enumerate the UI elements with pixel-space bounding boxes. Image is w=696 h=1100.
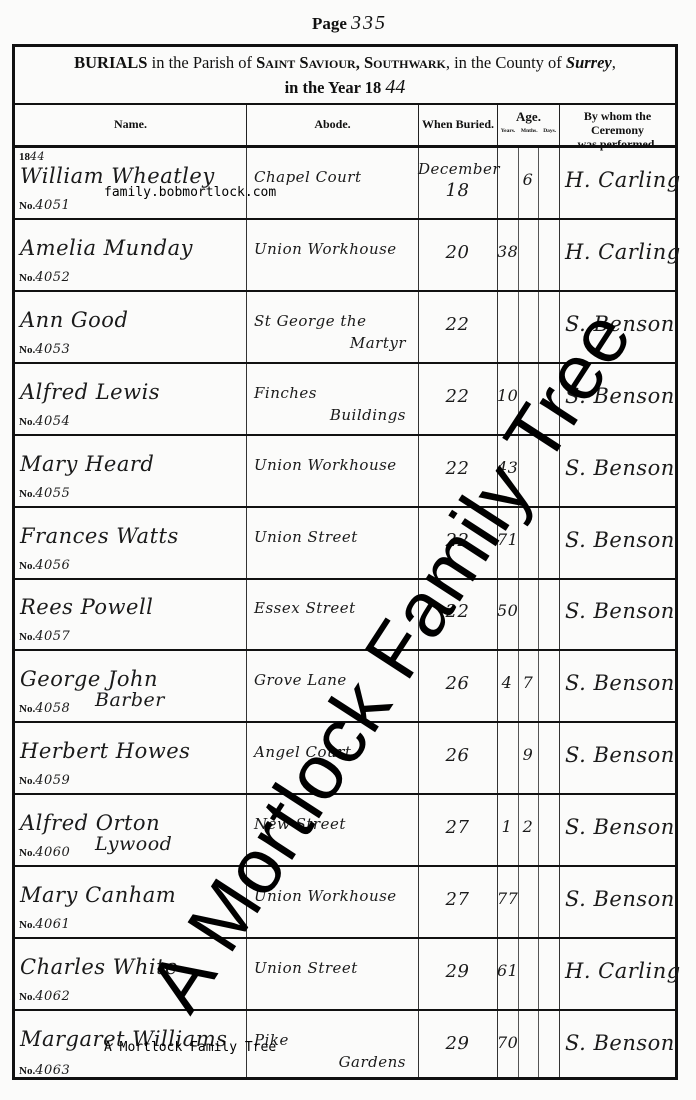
burial-date: 29	[446, 961, 470, 982]
register-number-value: 4056	[35, 558, 70, 573]
burial-date: 22	[446, 530, 470, 551]
entry-register-number: No.4059	[19, 773, 70, 788]
register-number-value: 4054	[35, 414, 70, 429]
register-number-label: No.	[19, 775, 35, 787]
entry-abode-cell: Union Street	[246, 508, 418, 578]
title-year-label: in the Year 18	[285, 78, 382, 97]
entry-age-cell: 10	[497, 364, 559, 434]
entry-age-years: 50	[497, 601, 517, 620]
entry-age-cell: 38	[497, 220, 559, 290]
burial-date: 20	[446, 242, 470, 263]
entry-age-cell: 6	[497, 148, 559, 218]
entry-name-cell: Amelia MundayNo.4052	[15, 220, 246, 290]
entry-age-years: 4	[497, 673, 517, 692]
entry-name: Mary Canham	[20, 883, 176, 907]
entry-age-cell: 61	[497, 939, 559, 1009]
entry-ceremony-cell: H. Carling	[559, 220, 675, 290]
burial-date: 29	[446, 1033, 470, 1054]
entry-when-buried-cell: 27	[418, 795, 497, 865]
entry-officiant: S. Benson	[565, 743, 675, 767]
register-number-label: No.	[19, 560, 35, 572]
entry-when-buried-cell: 29	[418, 939, 497, 1009]
entry-ceremony-cell: S. Benson	[559, 436, 675, 506]
entry-when-buried-cell: 29	[418, 1011, 497, 1083]
entry-when-buried-cell: 20	[418, 220, 497, 290]
entry-name-cont: Lywood	[95, 833, 172, 855]
entry-register-number: No.4056	[19, 558, 70, 573]
entry-age-months: 6	[518, 170, 538, 189]
header-age-days: Days.	[543, 128, 556, 134]
register-entry-row: Amelia MundayNo.4052Union Workhouse2038H…	[15, 220, 675, 292]
header-age-years: Years.	[501, 128, 516, 134]
entry-abode-cell: Angel Court	[246, 723, 418, 793]
entry-age-cell: 9	[497, 723, 559, 793]
entry-officiant: S. Benson	[565, 887, 675, 911]
entry-abode-cell: St George theMartyr	[246, 292, 418, 362]
title-parish: Saint Saviour, Southwark	[256, 53, 446, 72]
entry-register-number: No.4051	[19, 198, 70, 213]
entry-when-buried: 26	[418, 673, 497, 694]
entry-abode: Angel Court	[254, 743, 351, 761]
entry-age-years: 1	[497, 817, 517, 836]
burial-date: December	[418, 160, 500, 178]
register-number-label: No.	[19, 488, 35, 500]
register-entries: 1844William WheatleyNo.4051Chapel CourtD…	[15, 148, 675, 1077]
entry-age-months: 7	[518, 673, 538, 692]
register-number-value: 4063	[35, 1063, 70, 1078]
register-number-label: No.	[19, 631, 35, 643]
entry-when-buried: December18	[418, 158, 497, 202]
register-entry-row: 1844William WheatleyNo.4051Chapel CourtD…	[15, 148, 675, 220]
entry-when-buried-cell: 22	[418, 364, 497, 434]
entry-name: Rees Powell	[20, 595, 153, 619]
entry-age-cell: 47	[497, 651, 559, 721]
entry-abode: Chapel Court	[254, 168, 362, 186]
header-name: Name.	[15, 105, 246, 145]
header-ceremony-line1: By whom the Ceremony	[560, 109, 675, 137]
entry-abode: Finches	[254, 384, 317, 402]
entry-name: Charles White	[20, 955, 178, 979]
entry-register-number: No.4055	[19, 486, 70, 501]
register-number-value: 4058	[35, 701, 70, 716]
entry-name: Mary Heard	[20, 452, 154, 476]
register-number-value: 4053	[35, 342, 70, 357]
entry-ceremony-cell: H. Carling	[559, 939, 675, 1009]
page-number: Page335	[312, 12, 387, 35]
title-county: Surrey	[566, 53, 612, 72]
register-number-label: No.	[19, 1065, 35, 1077]
entry-name: Alfred Orton	[20, 811, 160, 835]
entry-when-buried-cell: 22	[418, 292, 497, 362]
register-number-label: No.	[19, 344, 35, 356]
register-entry-row: Rees PowellNo.4057Essex Street2250S. Ben…	[15, 579, 675, 651]
entry-when-buried-cell: December18	[418, 148, 497, 218]
entry-abode: St George the	[254, 312, 366, 330]
entry-register-number: No.4062	[19, 989, 70, 1004]
burial-date: 27	[446, 889, 470, 910]
entry-abode-cell: Union Workhouse	[246, 867, 418, 937]
entry-age-years: 71	[497, 530, 517, 549]
register-number-label: No.	[19, 991, 35, 1003]
register-entry-row: Herbert HowesNo.4059Angel Court269S. Ben…	[15, 723, 675, 795]
entry-when-buried: 22	[418, 386, 497, 407]
entry-name: Ann Good	[20, 308, 128, 332]
entry-abode-cont: Martyr	[350, 334, 406, 352]
entry-abode: Essex Street	[254, 599, 356, 617]
entry-when-buried: 29	[418, 1033, 497, 1054]
entry-age-years: 77	[497, 889, 517, 908]
entry-age-cell: 70	[497, 1011, 559, 1083]
entry-officiant: H. Carling	[565, 168, 681, 192]
entry-name: Amelia Munday	[20, 236, 193, 260]
entry-age-years: 43	[497, 458, 517, 477]
entry-abode-cont: Gardens	[339, 1053, 406, 1071]
entry-officiant: H. Carling	[565, 240, 681, 264]
header-age: Age. Years. Mnths. Days.	[497, 105, 559, 145]
register-number-value: 4061	[35, 917, 70, 932]
burial-date: 26	[446, 745, 470, 766]
header-abode: Abode.	[246, 105, 418, 145]
entry-abode: Union Workhouse	[254, 456, 397, 474]
entry-officiant: S. Benson	[565, 528, 675, 552]
register-number-label: No.	[19, 416, 35, 428]
entry-officiant: S. Benson	[565, 599, 675, 623]
page-label: Page	[312, 14, 347, 33]
entry-age-cell: 50	[497, 579, 559, 649]
entry-officiant: S. Benson	[565, 312, 675, 336]
header-ceremony: By whom the Ceremony was performed.	[559, 105, 675, 145]
entry-name-cell: Rees PowellNo.4057	[15, 579, 246, 649]
entry-age-cell: 77	[497, 867, 559, 937]
entry-register-number: No.4053	[19, 342, 70, 357]
entry-name-cell: George JohnBarberNo.4058	[15, 651, 246, 721]
register-entry-row: Charles WhiteNo.4062Union Street2961H. C…	[15, 939, 675, 1011]
entry-age-cell: 12	[497, 795, 559, 865]
entry-abode-cell: Chapel Court	[246, 148, 418, 218]
register-entry-row: Alfred LewisNo.4054FinchesBuildings2210S…	[15, 364, 675, 436]
entry-abode-cell: FinchesBuildings	[246, 364, 418, 434]
entry-when-buried: 27	[418, 817, 497, 838]
entry-name-cell: William WheatleyNo.4051	[15, 148, 246, 218]
entry-name-cell: Mary CanhamNo.4061	[15, 867, 246, 937]
entry-abode-cell: Grove Lane	[246, 651, 418, 721]
entry-name-cell: Ann GoodNo.4053	[15, 292, 246, 362]
entry-name-cell: Herbert HowesNo.4059	[15, 723, 246, 793]
title-burials: BURIALS	[74, 53, 147, 72]
entry-abode-cell: Union Street	[246, 939, 418, 1009]
entry-ceremony-cell: S. Benson	[559, 508, 675, 578]
entry-age-months: 2	[518, 817, 538, 836]
header-age-label: Age.	[498, 109, 559, 125]
entry-age-years: 61	[497, 961, 517, 980]
entry-ceremony-cell: S. Benson	[559, 651, 675, 721]
entry-register-number: No.4054	[19, 414, 70, 429]
entry-ceremony-cell: S. Benson	[559, 723, 675, 793]
entry-register-number: No.4057	[19, 629, 70, 644]
register-number-value: 4052	[35, 270, 70, 285]
burial-date: 22	[446, 601, 470, 622]
entry-register-number: No.4063	[19, 1063, 70, 1078]
entry-name-cell: Charles WhiteNo.4062	[15, 939, 246, 1009]
title-text: , in the County of	[446, 53, 566, 72]
entry-ceremony-cell: S. Benson	[559, 795, 675, 865]
register-entry-row: Ann GoodNo.4053St George theMartyr22S. B…	[15, 292, 675, 364]
entry-name-cell: Mary HeardNo.4055	[15, 436, 246, 506]
entry-when-buried: 20	[418, 242, 497, 263]
burial-date: 22	[446, 386, 470, 407]
entry-abode: Union Workhouse	[254, 887, 397, 905]
entry-when-buried: 26	[418, 745, 497, 766]
entry-name: George John	[20, 667, 158, 691]
page-number-handwritten: 335	[351, 12, 387, 34]
header-age-subcolumns: Years. Mnths. Days.	[498, 128, 559, 134]
register-number-label: No.	[19, 272, 35, 284]
register-number-value: 4062	[35, 989, 70, 1004]
entry-register-number: No.4058	[19, 701, 70, 716]
title-year-handwritten: 44	[385, 76, 405, 98]
register-entry-row: George JohnBarberNo.4058Grove Lane2647S.…	[15, 651, 675, 723]
entry-ceremony-cell: H. Carling	[559, 148, 675, 218]
register-entry-row: Frances WattsNo.4056Union Street2271S. B…	[15, 508, 675, 580]
burial-date: 22	[446, 314, 470, 335]
entry-name-cell: Alfred OrtonLywoodNo.4060	[15, 795, 246, 865]
entry-register-number: No.4061	[19, 917, 70, 932]
entry-abode: Union Street	[254, 959, 358, 977]
entry-age-years: 70	[497, 1033, 517, 1052]
header-age-months: Mnths.	[521, 128, 538, 134]
entry-ceremony-cell: S. Benson	[559, 867, 675, 937]
entry-officiant: H. Carling	[565, 959, 681, 983]
entry-when-buried-cell: 26	[418, 723, 497, 793]
entry-age-months: 9	[518, 745, 538, 764]
footer-watermark: A Mortlock Family Tree	[104, 1040, 276, 1055]
title-text: ,	[612, 53, 616, 72]
entry-register-number: No.4060	[19, 845, 70, 860]
entry-abode-cell: New Street	[246, 795, 418, 865]
entry-name-cell: Frances WattsNo.4056	[15, 508, 246, 578]
entry-when-buried-cell: 27	[418, 867, 497, 937]
entry-when-buried: 22	[418, 314, 497, 335]
register-number-value: 4059	[35, 773, 70, 788]
register-number-label: No.	[19, 847, 35, 859]
entry-officiant: S. Benson	[565, 384, 675, 408]
entry-when-buried-cell: 22	[418, 508, 497, 578]
entry-abode: New Street	[254, 815, 346, 833]
entry-when-buried: 22	[418, 530, 497, 551]
entry-ceremony-cell: S. Benson	[559, 364, 675, 434]
entry-name: Alfred Lewis	[20, 380, 160, 404]
register-number-label: No.	[19, 703, 35, 715]
entry-when-buried-cell: 26	[418, 651, 497, 721]
register-number-value: 4055	[35, 486, 70, 501]
entry-when-buried: 22	[418, 601, 497, 622]
burial-date: 26	[446, 673, 470, 694]
entry-abode-cont: Buildings	[330, 406, 406, 424]
entry-name-cell: Alfred LewisNo.4054	[15, 364, 246, 434]
entry-officiant: S. Benson	[565, 456, 675, 480]
entry-when-buried-cell: 22	[418, 579, 497, 649]
register-number-value: 4057	[35, 629, 70, 644]
title-text: in the Parish of	[147, 53, 256, 72]
register-entry-row: Mary HeardNo.4055Union Workhouse2243S. B…	[15, 436, 675, 508]
register-number-label: No.	[19, 919, 35, 931]
register-number-value: 4051	[35, 198, 70, 213]
entry-ceremony-cell: S. Benson	[559, 1011, 675, 1083]
entry-name: Frances Watts	[20, 524, 179, 548]
header-when-buried: When Buried.	[418, 105, 497, 145]
entry-abode-cell: Union Workhouse	[246, 220, 418, 290]
entry-when-buried: 29	[418, 961, 497, 982]
entry-age-cell: 71	[497, 508, 559, 578]
entry-abode: Union Street	[254, 528, 358, 546]
entry-abode: Union Workhouse	[254, 240, 397, 258]
entry-name: Herbert Howes	[20, 739, 190, 763]
entry-when-buried: 22	[418, 458, 497, 479]
column-headers: Name. Abode. When Buried. Age. Years. Mn…	[15, 105, 675, 148]
register-number-value: 4060	[35, 845, 70, 860]
entry-abode-cell: Essex Street	[246, 579, 418, 649]
register-entry-row: Alfred OrtonLywoodNo.4060New Street2712S…	[15, 795, 675, 867]
entry-age-cell: 43	[497, 436, 559, 506]
register-entry-row: Mary CanhamNo.4061Union Workhouse2777S. …	[15, 867, 675, 939]
entry-officiant: S. Benson	[565, 1031, 675, 1055]
entry-ceremony-cell: S. Benson	[559, 579, 675, 649]
site-watermark: family.bobmortlock.com	[104, 185, 276, 200]
burial-day: 18	[446, 180, 470, 201]
entry-name-cont: Barber	[95, 689, 165, 711]
entry-age-cell	[497, 292, 559, 362]
entry-register-number: No.4052	[19, 270, 70, 285]
burial-date: 27	[446, 817, 470, 838]
entry-abode: Grove Lane	[254, 671, 347, 689]
entry-when-buried-cell: 22	[418, 436, 497, 506]
register-number-label: No.	[19, 200, 35, 212]
entry-ceremony-cell: S. Benson	[559, 292, 675, 362]
entry-age-years: 38	[497, 242, 517, 261]
entry-officiant: S. Benson	[565, 671, 675, 695]
burial-date: 22	[446, 458, 470, 479]
entry-officiant: S. Benson	[565, 815, 675, 839]
entry-when-buried: 27	[418, 889, 497, 910]
entry-age-years: 10	[497, 386, 517, 405]
register-title: BURIALS in the Parish of Saint Saviour, …	[15, 47, 675, 105]
entry-abode-cell: Union Workhouse	[246, 436, 418, 506]
